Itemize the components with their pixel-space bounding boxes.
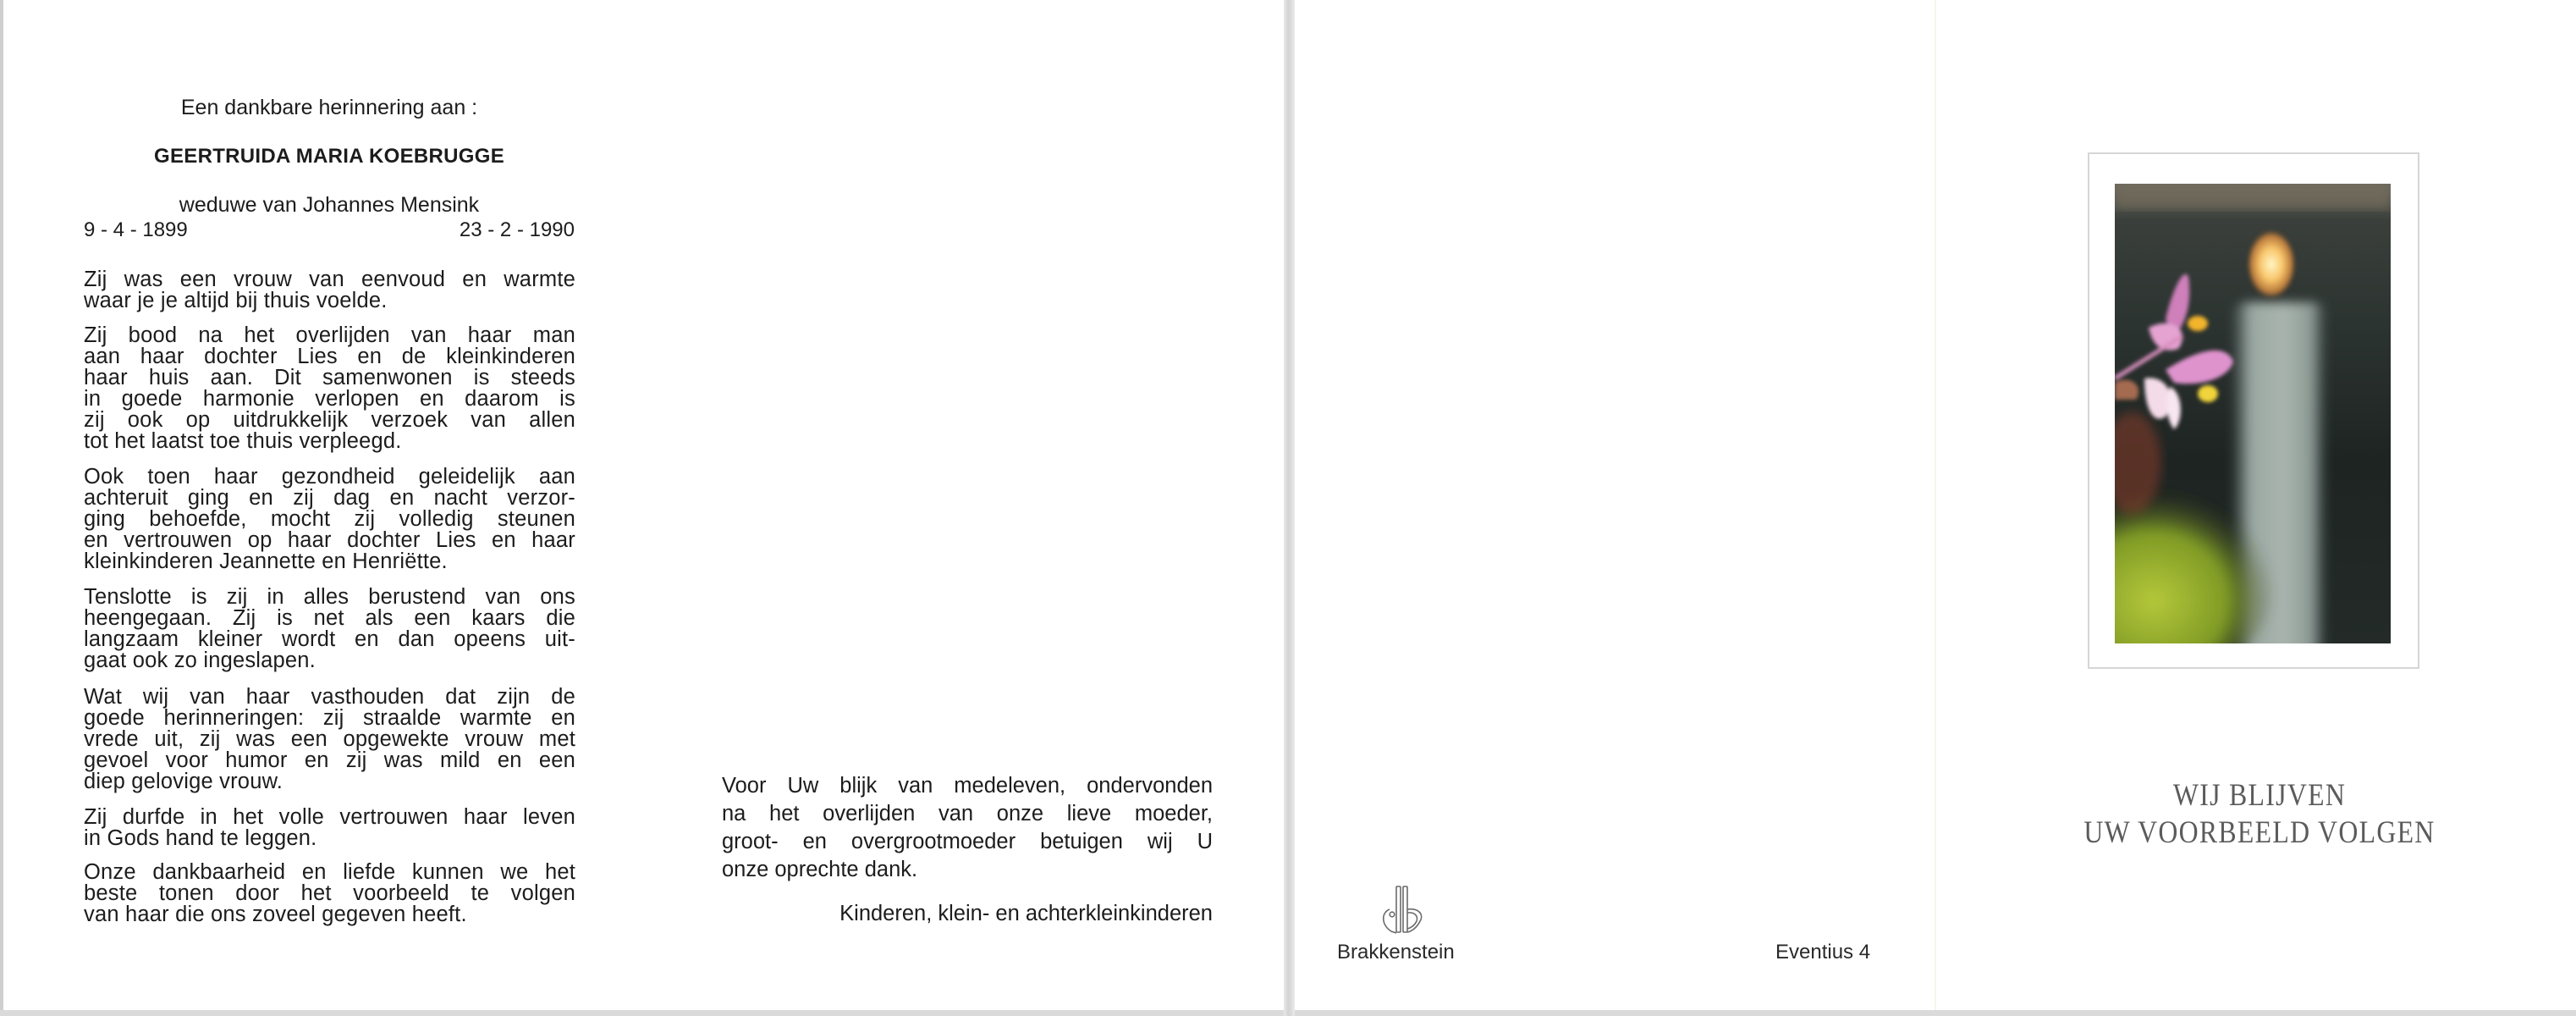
text-line: aan haar dochter Lies en de kleinkindere…: [84, 346, 575, 367]
text-line: haar huis aan. Dit samenwonen is steeds: [84, 367, 575, 389]
text-line: Zij bood na het overlijden van haar man: [84, 325, 575, 346]
text-line: van haar die ons zoveel gegeven heeft.: [84, 904, 575, 925]
text-line: Ook toen haar gezondheid geleidelijk aan: [84, 467, 575, 488]
text-line: gevoel voor humor en zij was mild en een: [84, 750, 575, 771]
birth-date: 9 - 4 - 1899: [84, 218, 188, 243]
text-line: gaat ook zo ingeslapen.: [84, 650, 575, 671]
series-number: Eventius 4: [1775, 940, 1870, 965]
text-line: zij ook op uitdrukkelijk verzoek van all…: [84, 410, 575, 431]
text-line: goede herinneringen: zij straalde warmte…: [84, 708, 575, 729]
memorial-paragraph: Onze dankbaarheid en liefde kunnen we he…: [84, 862, 575, 925]
text-line: beste tonen door het voorbeeld te volgen: [84, 883, 575, 904]
memorial-paragraph: Ook toen haar gezondheid geleidelijk aan…: [84, 467, 575, 572]
text-line: in goede harmonie verlopen en daarom is: [84, 389, 575, 410]
text-line: en vertrouwen op haar dochter Lies en ha…: [84, 530, 575, 551]
cover-motto: WIJ BLIJVEN UW VOORBEELD VOLGEN: [2063, 777, 2456, 852]
memorial-paragraph: Wat wij van haar vasthouden dat zijn deg…: [84, 687, 575, 792]
memorial-paragraph: Zij was een vrouw van eenvoud en warmtew…: [84, 269, 575, 312]
text-line: ging behoefde, mocht zij volledig steune…: [84, 509, 575, 530]
brakkenstein-logo-icon: [1378, 884, 1425, 936]
relation-line: weduwe van Johannes Mensink: [84, 192, 575, 218]
card-separator: [1284, 0, 1295, 1016]
text-line: groot- en overgrootmoeder betuigen wij U: [722, 828, 1213, 856]
candle-and-begonia-image: [2115, 184, 2391, 643]
text-line: waar je je altijd bij thuis voelde.: [84, 290, 575, 312]
scan-left-edge: [0, 0, 3, 1016]
text-line: achteruit ging en zij dag en nacht verzo…: [84, 488, 575, 509]
text-line: Wat wij van haar vasthouden dat zijn de: [84, 687, 575, 708]
text-line: Tenslotte is zij in alles berustend van …: [84, 587, 575, 608]
photo-frame: [2088, 152, 2419, 669]
motto-line-2: UW VOORBEELD VOLGEN: [2063, 814, 2456, 852]
memorial-paragraph: Zij bood na het overlijden van haar mana…: [84, 325, 575, 452]
text-line: vrede uit, zij was een opgewekte vrouw m…: [84, 729, 575, 750]
text-line: tot het laatst toe thuis verpleegd.: [84, 431, 575, 452]
text-line: in Gods hand te leggen.: [84, 828, 575, 849]
intro-line: Een dankbare herinnering aan :: [84, 95, 575, 120]
death-date: 23 - 2 - 1990: [460, 218, 575, 243]
text-line: diep gelovige vrouw.: [84, 771, 575, 792]
text-line: heengegaan. Zij is net als een kaars die: [84, 608, 575, 629]
text-line: Zij durfde in het volle vertrouwen haar …: [84, 807, 575, 828]
fold-line: [1935, 0, 1936, 1010]
text-line: Onze dankbaarheid en liefde kunnen we he…: [84, 862, 575, 883]
candle-flower-photo: [2115, 184, 2391, 643]
motto-line-1: WIJ BLIJVEN: [2063, 777, 2456, 814]
publisher-name: Brakkenstein: [1337, 940, 1455, 965]
text-line: na het overlijden van onze lieve moeder,: [722, 800, 1213, 828]
text-line: onze oprechte dank.: [722, 856, 1213, 884]
deceased-name: GEERTRUIDA MARIA KOEBRUGGE: [84, 144, 575, 169]
signature: Kinderen, klein- en achterkleinkinderen: [722, 901, 1213, 926]
text-line: Zij was een vrouw van eenvoud en warmte: [84, 269, 575, 290]
memorial-paragraph: Zij durfde in het volle vertrouwen haar …: [84, 807, 575, 849]
text-line: kleinkinderen Jeannette en Henriëtte.: [84, 551, 575, 572]
text-line: Voor Uw blijk van medeleven, ondervonden: [722, 772, 1213, 800]
thanks-message: Voor Uw blijk van medeleven, ondervonden…: [722, 772, 1213, 884]
memorial-paragraph: Tenslotte is zij in alles berustend van …: [84, 587, 575, 671]
text-line: langzaam kleiner wordt en dan opeens uit…: [84, 629, 575, 650]
